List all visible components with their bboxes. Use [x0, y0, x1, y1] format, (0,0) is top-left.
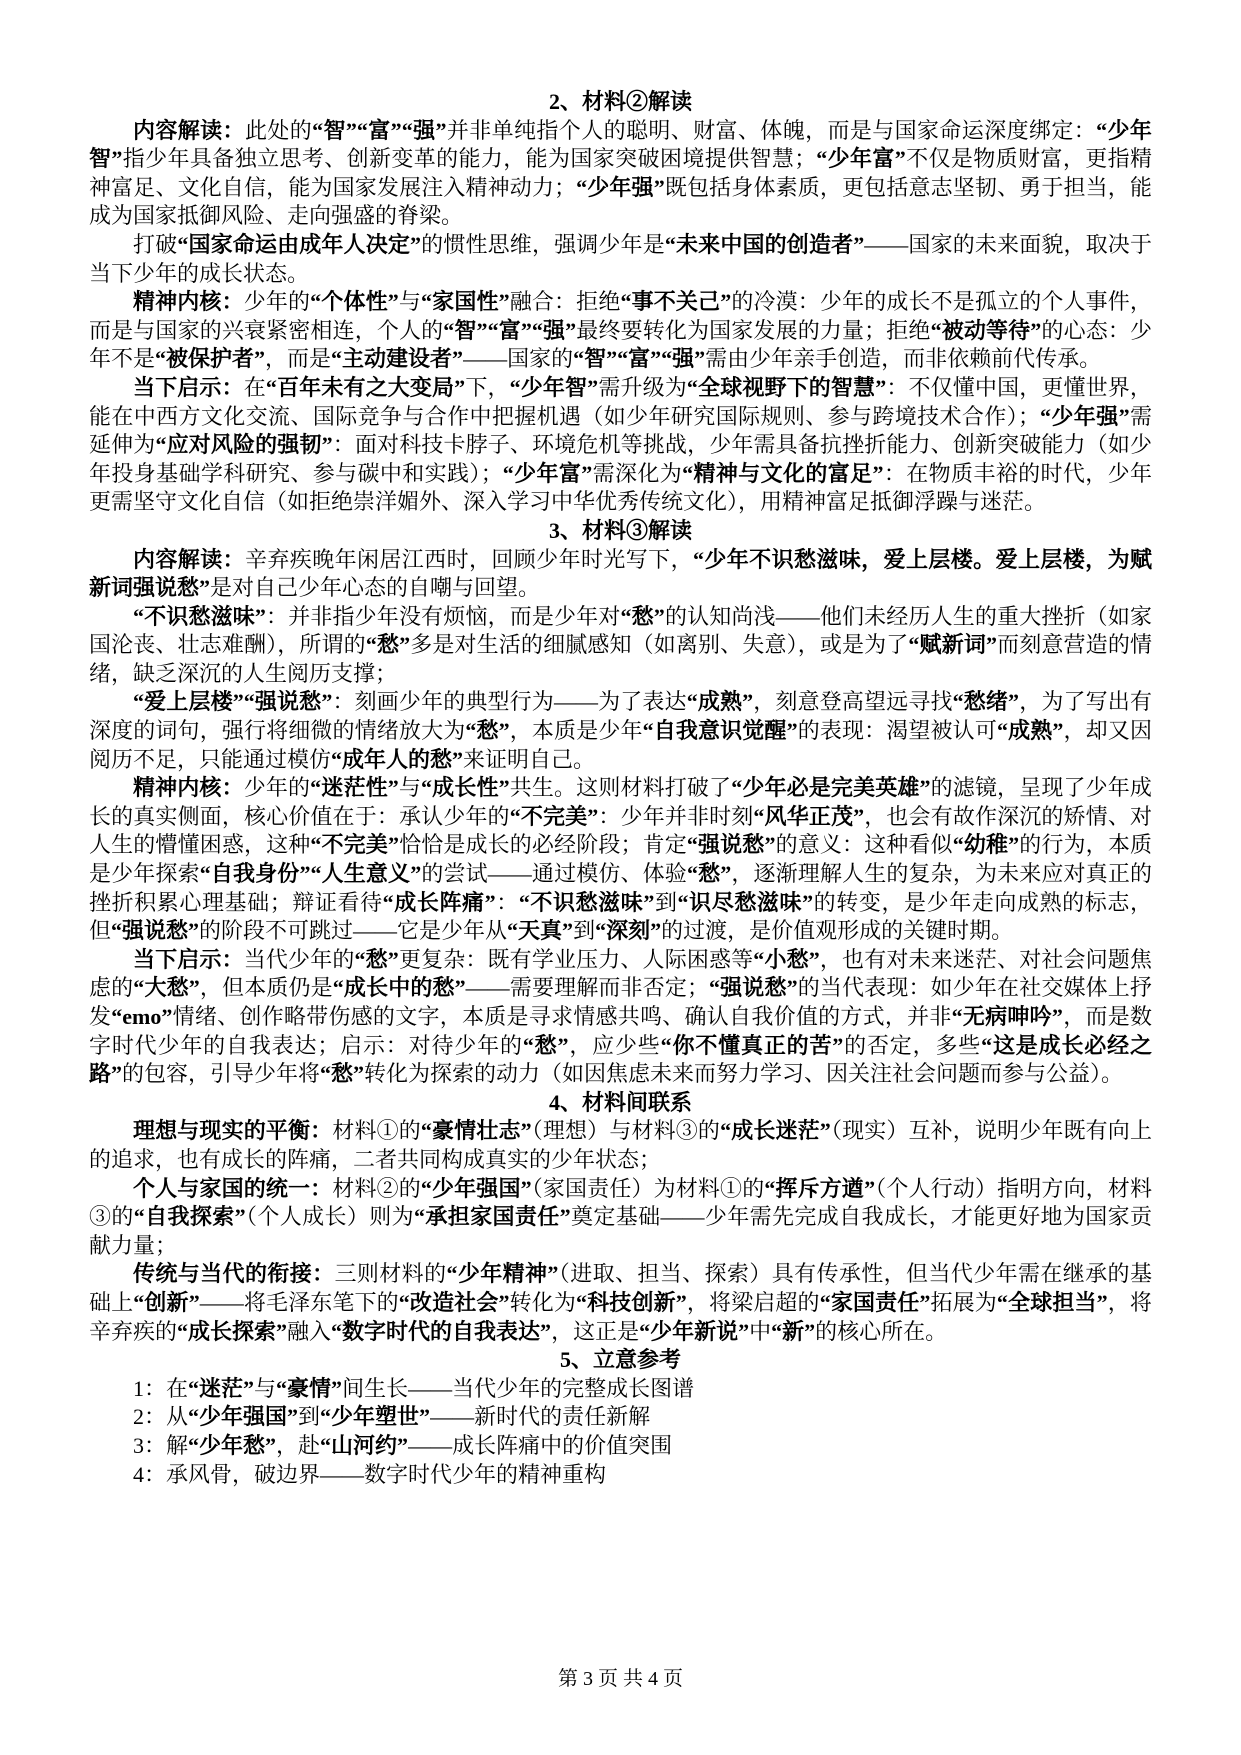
paragraph: 精神内核：少年的“个体性”与“家国性”融合：拒绝“事不关己”的冷漠：少年的成长不… — [89, 288, 1152, 374]
theme-item: 2：从“少年强国”到“少年塑世”——新时代的责任新解 — [89, 1403, 1152, 1432]
theme-item: 4：承风骨，破边界——数字时代少年的精神重构 — [89, 1461, 1152, 1490]
theme-item: 1：在“迷茫”与“豪情”间生长——当代少年的完整成长图谱 — [89, 1375, 1152, 1404]
paragraph-text: “不识愁滋味”：并非指少年没有烦恼，而是少年对“愁”的认知尚浅——他们未经历人生… — [89, 604, 1152, 686]
paragraph-label: 内容解读： — [133, 118, 245, 143]
paragraph: 当下启示：在“百年未有之大变局”下，“少年智”需升级为“全球视野下的智慧”：不仅… — [89, 374, 1152, 517]
section-material-2-analysis: 2、材料②解读 内容解读：此处的“智”“富”“强”并非单纯指个人的聪明、财富、体… — [89, 88, 1152, 517]
section-material-links: 4、材料间联系 理想与现实的平衡：材料①的“豪情壮志”（理想）与材料③的“成长迷… — [89, 1089, 1152, 1346]
section-5-heading: 5、立意参考 — [89, 1346, 1152, 1375]
paragraph: 个人与家国的统一：材料②的“少年强国”（家国责任）为材料①的“挥斥方遒”（个人行… — [89, 1175, 1152, 1261]
paragraph-text: 少年的“个体性”与“家国性”融合：拒绝“事不关己”的冷漠：少年的成长不是孤立的个… — [89, 289, 1152, 371]
section-material-3-analysis: 3、材料③解读 内容解读：辛弃疾晚年闲居江西时，回顾少年时光写下，“少年不识愁滋… — [89, 517, 1152, 1089]
paragraph: 传统与当代的衔接：三则材料的“少年精神”（进取、担当、探索）具有传承性，但当代少… — [89, 1260, 1152, 1346]
paragraph: 当下启示：当代少年的“愁”更复杂：既有学业压力、人际困惑等“小愁”，也有对未来迷… — [89, 946, 1152, 1089]
paragraph-text: 3：解“少年愁”，赴“山河约”——成长阵痛中的价值突围 — [133, 1433, 672, 1458]
paragraph-text: 此处的“智”“富”“强”并非单纯指个人的聪明、财富、体魄，而是与国家命运深度绑定… — [89, 118, 1152, 229]
paragraph-text: 打破“国家命运由成年人决定”的惯性思维，强调少年是“未来中国的创造者”——国家的… — [89, 232, 1152, 286]
paragraph-text: 少年的“迷茫性”与“成长性”共生。这则材料打破了“少年必是完美英雄”的滤镜，呈现… — [89, 775, 1152, 943]
section-theme-reference: 5、立意参考 1：在“迷茫”与“豪情”间生长——当代少年的完整成长图谱 2：从“… — [89, 1346, 1152, 1489]
paragraph-text: 4：承风骨，破边界——数字时代少年的精神重构 — [133, 1462, 606, 1487]
paragraph-label: 当下启示： — [133, 947, 244, 972]
paragraph-label: 个人与家国的统一： — [133, 1176, 332, 1201]
section-4-heading: 4、材料间联系 — [89, 1089, 1152, 1118]
paragraph-text: 1：在“迷茫”与“豪情”间生长——当代少年的完整成长图谱 — [133, 1376, 694, 1401]
paragraph-text: 辛弃疾晚年闲居江西时，回顾少年时光写下，“少年不识愁滋味，爱上层楼。爱上层楼，为… — [89, 547, 1152, 601]
paragraph-text: 在“百年未有之大变局”下，“少年智”需升级为“全球视野下的智慧”：不仅懂中国，更… — [89, 375, 1152, 514]
paragraph: “爱上层楼”“强说愁”：刻画少年的典型行为——为了表达“成熟”，刻意登高望远寻找… — [89, 688, 1152, 774]
paragraph-label: 精神内核： — [133, 775, 244, 800]
paragraph-label: 内容解读： — [133, 547, 245, 572]
section-3-heading: 3、材料③解读 — [89, 517, 1152, 546]
document-page: 2、材料②解读 内容解读：此处的“智”“富”“强”并非单纯指个人的聪明、财富、体… — [0, 0, 1241, 1755]
paragraph: 精神内核：少年的“迷茫性”与“成长性”共生。这则材料打破了“少年必是完美英雄”的… — [89, 774, 1152, 946]
theme-item: 3：解“少年愁”，赴“山河约”——成长阵痛中的价值突围 — [89, 1432, 1152, 1461]
paragraph-label: 理想与现实的平衡： — [133, 1118, 332, 1143]
section-2-heading: 2、材料②解读 — [89, 88, 1152, 117]
paragraph-text: “爱上层楼”“强说愁”：刻画少年的典型行为——为了表达“成熟”，刻意登高望远寻找… — [89, 689, 1152, 771]
paragraph-label: 传统与当代的衔接： — [133, 1261, 335, 1286]
page-footer: 第 3 页 共 4 页 — [0, 1666, 1241, 1692]
paragraph-text: 当代少年的“愁”更复杂：既有学业压力、人际困惑等“小愁”，也有对未来迷茫、对社会… — [89, 947, 1152, 1086]
paragraph-label: 精神内核： — [133, 289, 244, 314]
paragraph: 打破“国家命运由成年人决定”的惯性思维，强调少年是“未来中国的创造者”——国家的… — [89, 231, 1152, 288]
paragraph-label: 当下启示： — [133, 375, 244, 400]
paragraph: 内容解读：此处的“智”“富”“强”并非单纯指个人的聪明、财富、体魄，而是与国家命… — [89, 117, 1152, 231]
paragraph: 内容解读：辛弃疾晚年闲居江西时，回顾少年时光写下，“少年不识愁滋味，爱上层楼。爱… — [89, 546, 1152, 603]
paragraph: “不识愁滋味”：并非指少年没有烦恼，而是少年对“愁”的认知尚浅——他们未经历人生… — [89, 603, 1152, 689]
paragraph: 理想与现实的平衡：材料①的“豪情壮志”（理想）与材料③的“成长迷茫”（现实）互补… — [89, 1117, 1152, 1174]
paragraph-text: 2：从“少年强国”到“少年塑世”——新时代的责任新解 — [133, 1404, 650, 1429]
